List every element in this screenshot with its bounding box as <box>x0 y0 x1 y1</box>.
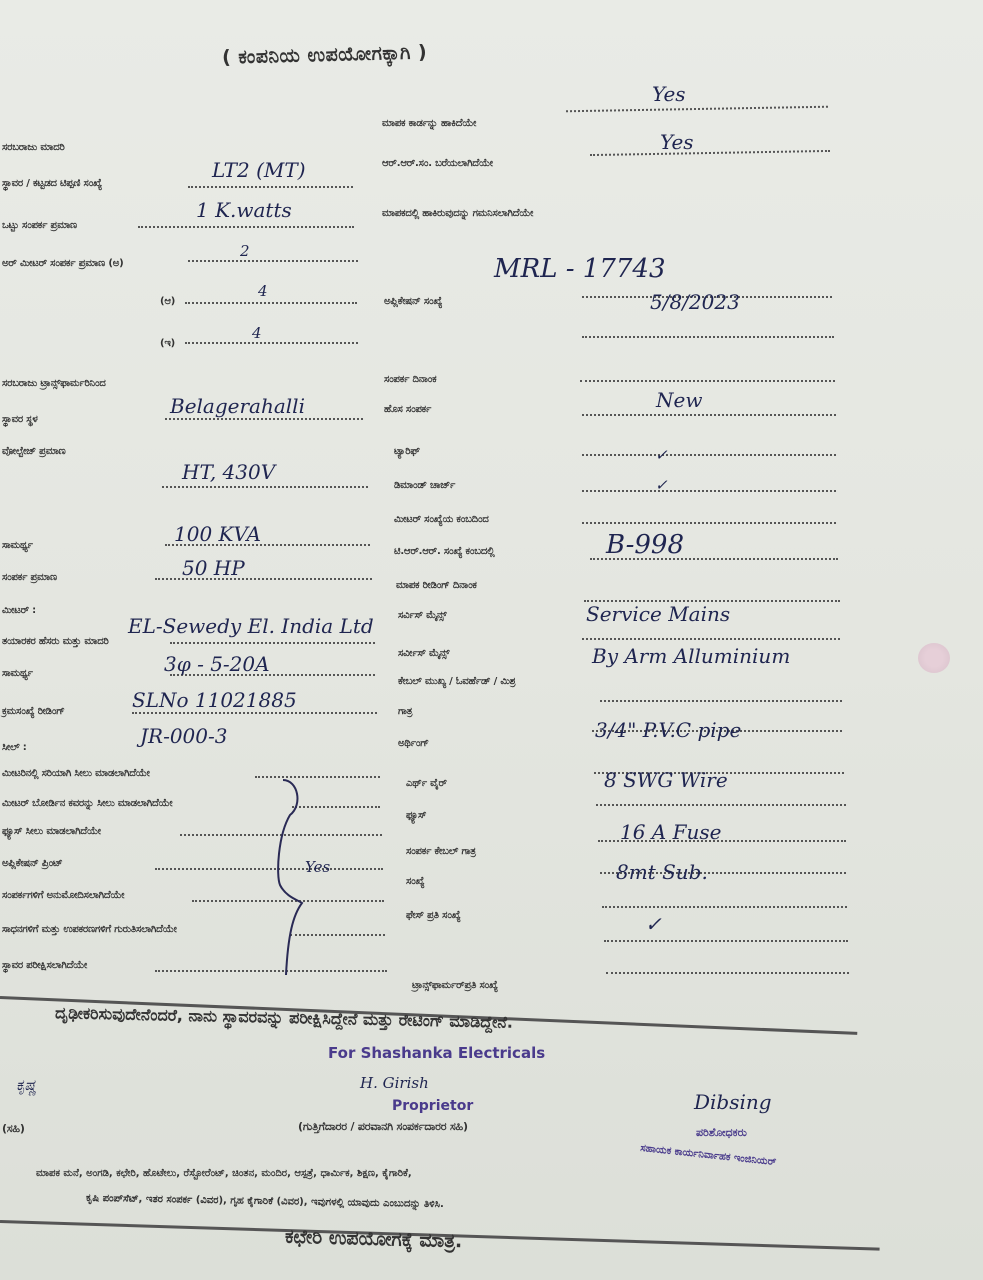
page-title: ( ಕಂಪನಿಯ ಉಪಯೋಗಕ್ಕಾಗಿ ) <box>222 41 428 68</box>
field-value-application-date: 5/8/2023 <box>650 290 740 314</box>
field-label-meter-load-b: (ಆ) <box>160 296 175 307</box>
field-label-meter-section: ಮೀಟರ್ : <box>2 605 36 616</box>
field-value-capacity: 100 KVA <box>174 522 261 546</box>
field-label-service-mains-type: ಸರ್ವೀಸ್ ಮೈನ್ಸ್ <box>398 648 449 659</box>
field-value-size: 3/4" P.V.C pipe <box>595 718 741 742</box>
field-line <box>582 490 836 492</box>
field-line <box>600 700 842 702</box>
field-line <box>582 414 836 416</box>
field-label-meter-capacity: ಸಾಮರ್ಥ್ಯ <box>2 668 33 679</box>
field-value-number: 8mt Sub. <box>616 860 708 884</box>
field-value-new-connection: New <box>656 388 702 412</box>
field-value-tariff: ✓ <box>655 446 668 464</box>
field-value-total-load: 1 K.watts <box>196 198 292 222</box>
field-value-seal: JR-000-3 <box>140 724 228 748</box>
field-label-supply-type: ಸರಬರಾಜು ಮಾದರಿ <box>2 142 65 153</box>
contractor-stamp: For Shashanka Electricals <box>328 1044 545 1062</box>
field-value-meter-load-a: 2 <box>240 242 250 260</box>
field-label-meter-sealed: ಮೀಟರಿನಲ್ಲಿ ಸರಿಯಾಗಿ ಸೀಲು ಮಾಡಲಾಗಿದೆಯೇ <box>2 768 150 779</box>
field-label-board-cover-sealed: ಮೀಟರ್ ಬೋರ್ಡಿನ ಕವರನ್ನು ಸೀಲು ಮಾಡಲಾಗಿದೆಯೇ <box>2 798 172 809</box>
field-label-connected-load: ಸಂಪರ್ಕ ಪ್ರಮಾಣ <box>2 572 57 583</box>
field-label-transformer-number: ಟ್ರಾನ್ಸ್‌ಫಾರ್ಮರ್‌ಪ್ರತಿ ಸಂಖ್ಯೆ <box>412 980 498 991</box>
field-line <box>170 642 375 644</box>
field-label-application-number: ಅಪ್ಲಿಕೇಷನ್ ಸಂಖ್ಯೆ <box>384 296 442 307</box>
field-line <box>188 186 353 188</box>
field-line <box>604 940 848 942</box>
inspector-caption: ಪರಿಶೋಧಕರು <box>696 1126 747 1140</box>
field-label-meter-card: ಮಾಪಕ ಕಾರ್ಡನ್ನು ಹಾಕಿದೆಯೇ <box>382 118 476 129</box>
left-signature-caption: (ಸಹಿ) <box>2 1122 25 1136</box>
office-use-title: ಕಛೇರಿ ಉಪಯೋಗಕ್ಕೆ ಮಾತ್ರ. <box>285 1226 463 1253</box>
field-value-meter-card: Yes <box>652 82 686 106</box>
punch-hole <box>918 643 950 673</box>
field-line <box>580 380 835 382</box>
field-line <box>582 454 836 456</box>
field-label-trr-pole-number: ಟಿ.ಆರ್.ಆರ್. ಸಂಖ್ಯೆ ಕಂಬದಲ್ಲಿ <box>394 546 494 557</box>
field-value-meter-load-c: 4 <box>252 324 262 342</box>
field-label-meter-load-c: (ಇ) <box>160 338 175 349</box>
field-value-rr-number-written: Yes <box>660 130 694 154</box>
field-label-fuse: ಫ್ಯೂಸ್ <box>406 810 426 821</box>
field-label-connections-approved: ಸಂಪರ್ಕಗಳಿಗೆ ಅನುಮೋದಿಸಲಾಗಿದೆಯೇ <box>2 890 124 901</box>
field-label-total-load: ಒಟ್ಟು ಸಂಪರ್ಕ ಪ್ರಮಾಣ <box>2 220 77 231</box>
proprietor-stamp: Proprietor <box>392 1098 473 1114</box>
left-signature: ಕೃಷ್ಣ <box>16 1076 37 1094</box>
field-line <box>138 226 354 228</box>
field-line <box>582 522 836 524</box>
field-label-demand-charge: ಡಿಮಾಂಡ್ ಚಾರ್ಜ್ <box>394 480 455 491</box>
field-value-voltage: HT, 430V <box>182 460 275 484</box>
field-line <box>185 342 358 344</box>
field-value-installation-location: Belagerahalli <box>170 394 305 418</box>
field-line <box>162 486 368 488</box>
field-value-meter-serial: SLNo 11021885 <box>132 688 297 712</box>
field-value-application-print: Yes <box>305 858 330 876</box>
field-value-earth-wire: 8 SWG Wire <box>604 768 728 792</box>
field-label-meter-pole: ಮೀಟರ್ ಸಂಖ್ಯೆಯ ಕಂಬದಿಂದ <box>394 514 489 525</box>
field-label-tariff: ಟ್ಯಾರಿಫ್ <box>394 446 420 457</box>
field-value-service-mains: Service Mains <box>586 602 730 626</box>
field-value-meter-load-b: 4 <box>258 282 268 300</box>
field-value-meter-capacity: 3φ - 5-20A <box>164 652 270 676</box>
contractor-signature-caption: (ಗುತ್ತಿಗೆದಾರರ / ಪರವಾನಗಿ ಸಂಪರ್ಕದಾರರ ಸಹಿ) <box>298 1120 468 1134</box>
field-line <box>188 260 358 262</box>
field-label-connection-cable-size: ಸಂಪರ್ಕ ಕೇಬಲ್ ಗಾತ್ರ <box>406 846 476 857</box>
field-label-installation-note: ಸ್ಥಾವರ / ಕಟ್ಟಡದ ಟಿಪ್ಪಣಿ ಸಂಖ್ಯೆ <box>2 178 102 189</box>
field-line <box>582 336 834 338</box>
field-line <box>596 804 846 806</box>
field-line <box>185 302 357 304</box>
field-label-meter-make: ತಯಾರಕರ ಹೆಸರು ಮತ್ತು ಮಾದರಿ <box>2 636 109 647</box>
field-value-application-number: MRL - 17743 <box>494 254 666 284</box>
field-label-meter-load-a: ಅರ್ ಮೀಟರ್ ಸಂಪರ್ಕ ಪ್ರಮಾಣ (ಅ) <box>2 258 124 269</box>
field-line <box>582 638 840 640</box>
field-label-capacity: ಸಾಮರ್ಥ್ಯ <box>2 540 33 551</box>
field-label-seal: ಸೀಲ್ : <box>2 742 27 753</box>
field-label-installation-location: ಸ್ಥಾವರ ಸ್ಥಳ <box>2 414 38 425</box>
field-line <box>132 712 377 714</box>
field-line <box>606 972 849 974</box>
field-label-cable-type: ಕೇಬಲ್ ಮುಖ್ಯ / ಓವರ್ಹೆಡ್ / ಮಿಶ್ರ <box>398 676 515 687</box>
field-label-installation-tested: ಸ್ಥಾವರ ಪರೀಕ್ಷಿಸಲಾಗಿದೆಯೇ <box>2 960 87 971</box>
field-value-service-mains-type: By Arm Alluminium <box>592 644 790 668</box>
footer-line-2: ಕೃಷಿ ಪಂಪ್‌ಸೆಟ್, ಇತರ ಸಂಪರ್ಕ (ವಿವರ), ಗೃಹ ಕ… <box>86 1193 444 1210</box>
field-label-new-connection: ಹೊಸ ಸಂಪರ್ಕ <box>384 404 431 415</box>
field-label-earthing: ಅರ್ಥಿಂಗ್ <box>398 738 429 749</box>
field-line <box>602 906 847 908</box>
field-label-application-print: ಅಪ್ಲಿಕೇಷನ್ ಪ್ರಿಂಟ್ <box>2 858 63 869</box>
field-label-meter-reading-date: ಮಾಪಕ ರೀಡಿಂಗ್ ದಿನಾಂಕ <box>396 580 477 591</box>
field-line <box>165 418 363 420</box>
field-label-rr-number-written: ಆರ್.ಆರ್.ಸಂ. ಬರೆಯಲಾಗಿದೆಯೇ <box>382 158 493 169</box>
field-label-voltage: ವೋಲ್ಟೇಜ್ ಪ್ರಮಾಣ <box>2 446 66 457</box>
field-value-trr-pole-number: B-998 <box>606 530 684 560</box>
field-label-earth-wire: ಎರ್ಥ್ ವೈರ್ <box>406 778 447 789</box>
footer-line-1: ಮಾಪಕ ಮನೆ, ಅಂಗಡಿ, ಕಛೇರಿ, ಹೊಟೇಲು, ರೆಸ್ಟೋರೆ… <box>36 1168 412 1179</box>
field-value-connected-load: 50 HP <box>182 556 245 580</box>
field-label-phase-number: ಫೇಸ್ ಪ್ರತಿ ಸಂಖ್ಯೆ <box>406 910 461 921</box>
field-label-size: ಗಾತ್ರ <box>398 706 412 717</box>
field-label-equipment-marked: ಸಾಧನಗಳಿಗೆ ಮತ್ತು ಉಪಕರಣಗಳಿಗೆ ಗುರುತಿಸಲಾಗಿದೆ… <box>2 924 177 935</box>
inspector-signature: Dibsing <box>694 1090 772 1114</box>
field-label-from-transformer: ಸರಬರಾಜು ಟ್ರಾನ್ಸ್‌ಫಾರ್ಮರಿನಿಂದ <box>2 378 106 389</box>
field-value-installation-note: LT2 (MT) <box>212 158 306 182</box>
field-value-fuse: 16 A Fuse <box>620 820 721 844</box>
inspector-title-stamp: ಸಹಾಯಕ ಕಾರ್ಯನಿರ್ವಾಹಕ ಇಂಜಿನಿಯರ್ <box>640 1143 777 1168</box>
field-label-meter-serial: ಕ್ರಮಸಂಖ್ಯೆ ರೀಡಿಂಗ್ <box>2 706 65 717</box>
field-label-connection-date: ಸಂಪರ್ಕ ದಿನಾಂಕ <box>384 374 436 385</box>
field-line <box>590 150 830 156</box>
field-label-fuse-sealed: ಫ್ಯೂಸ್ ಸೀಲು ಮಾಡಲಾಗಿದೆಯೇ <box>2 826 101 837</box>
field-value-meter-make: EL-Sewedy El. India Ltd <box>128 614 374 638</box>
contractor-signature: H. Girish <box>360 1074 429 1092</box>
declaration-text: ದೃಢೀಕರಿಸುವುದೇನೆಂದರೆ, ನಾನು ಸ್ಥಾವರವನ್ನು ಪರ… <box>55 1003 513 1033</box>
scanned-form-page: ( ಕಂಪನಿಯ ಉಪಯೋಗಕ್ಕಾಗಿ ) ಸರಬರಾಜು ಮಾದರಿ ಸ್ಥ… <box>0 0 983 1280</box>
field-label-meter-noted: ಮಾಪಕದಲ್ಲಿ ಹಾಕಿರುವುದನ್ನು ಗಮನಿಸಲಾಗಿದೆಯೇ <box>382 208 533 219</box>
handwritten-bracket-mark <box>268 775 308 975</box>
field-label-number: ಸಂಖ್ಯೆ <box>406 876 424 887</box>
field-label-service-mains: ಸರ್ವಿಸ್ ಮೈನ್ಸ್ <box>398 610 446 621</box>
field-value-phase-number: ✓ <box>645 912 662 936</box>
field-line <box>566 106 828 113</box>
field-value-demand-charge: ✓ <box>655 476 668 494</box>
